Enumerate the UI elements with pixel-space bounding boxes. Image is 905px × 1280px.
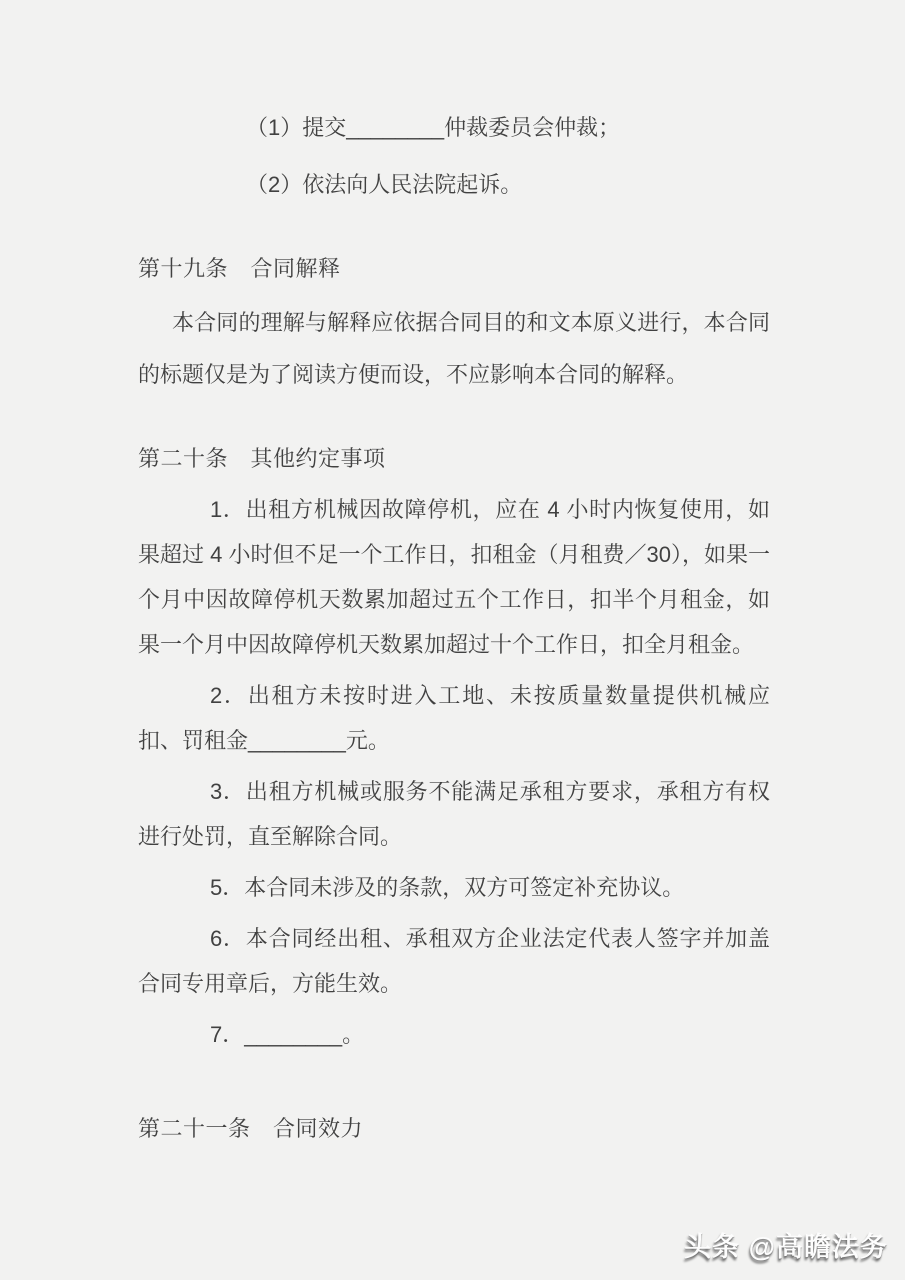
dispute-option-1: （1）提交________仲裁委员会仲裁； [138,106,770,150]
clause-20-heading: 第二十条 其他约定事项 [138,437,770,481]
document-content: （1）提交________仲裁委员会仲裁； （2）依法向人民法院起诉。 第十九条… [138,106,770,1151]
clause-20-item-1: 1．出租方机械因故障停机，应在 4 小时内恢复使用，如果超过 4 小时但不足一个… [138,487,770,667]
clause-19-heading: 第十九条 合同解释 [138,247,770,291]
contract-document-page: （1）提交________仲裁委员会仲裁； （2）依法向人民法院起诉。 第十九条… [0,0,905,1280]
dispute-option-2: （2）依法向人民法院起诉。 [138,163,770,207]
clause-20-item-3: 3．出租方机械或服务不能满足承租方要求，承租方有权进行处罚，直至解除合同。 [138,769,770,859]
clause-20-item-7: 7．________。 [138,1012,770,1057]
toutiao-watermark: 头条 @高瞻法务 [684,1225,888,1264]
clause-20-item-6: 6．本合同经出租、承租双方企业法定代表人签字并加盖合同专用章后，方能生效。 [138,916,770,1006]
clause-21-heading: 第二十一条 合同效力 [138,1107,770,1151]
clause-20-item-2: 2．出租方未按时进入工地、未按质量数量提供机械应扣、罚租金________元。 [138,673,770,763]
clause-20-item-5: 5．本合同未涉及的条款，双方可签定补充协议。 [138,865,770,910]
clause-19-body: 本合同的理解与解释应依据合同目的和文本原义进行，本合同的标题仅是为了阅读方便而设… [138,297,770,401]
